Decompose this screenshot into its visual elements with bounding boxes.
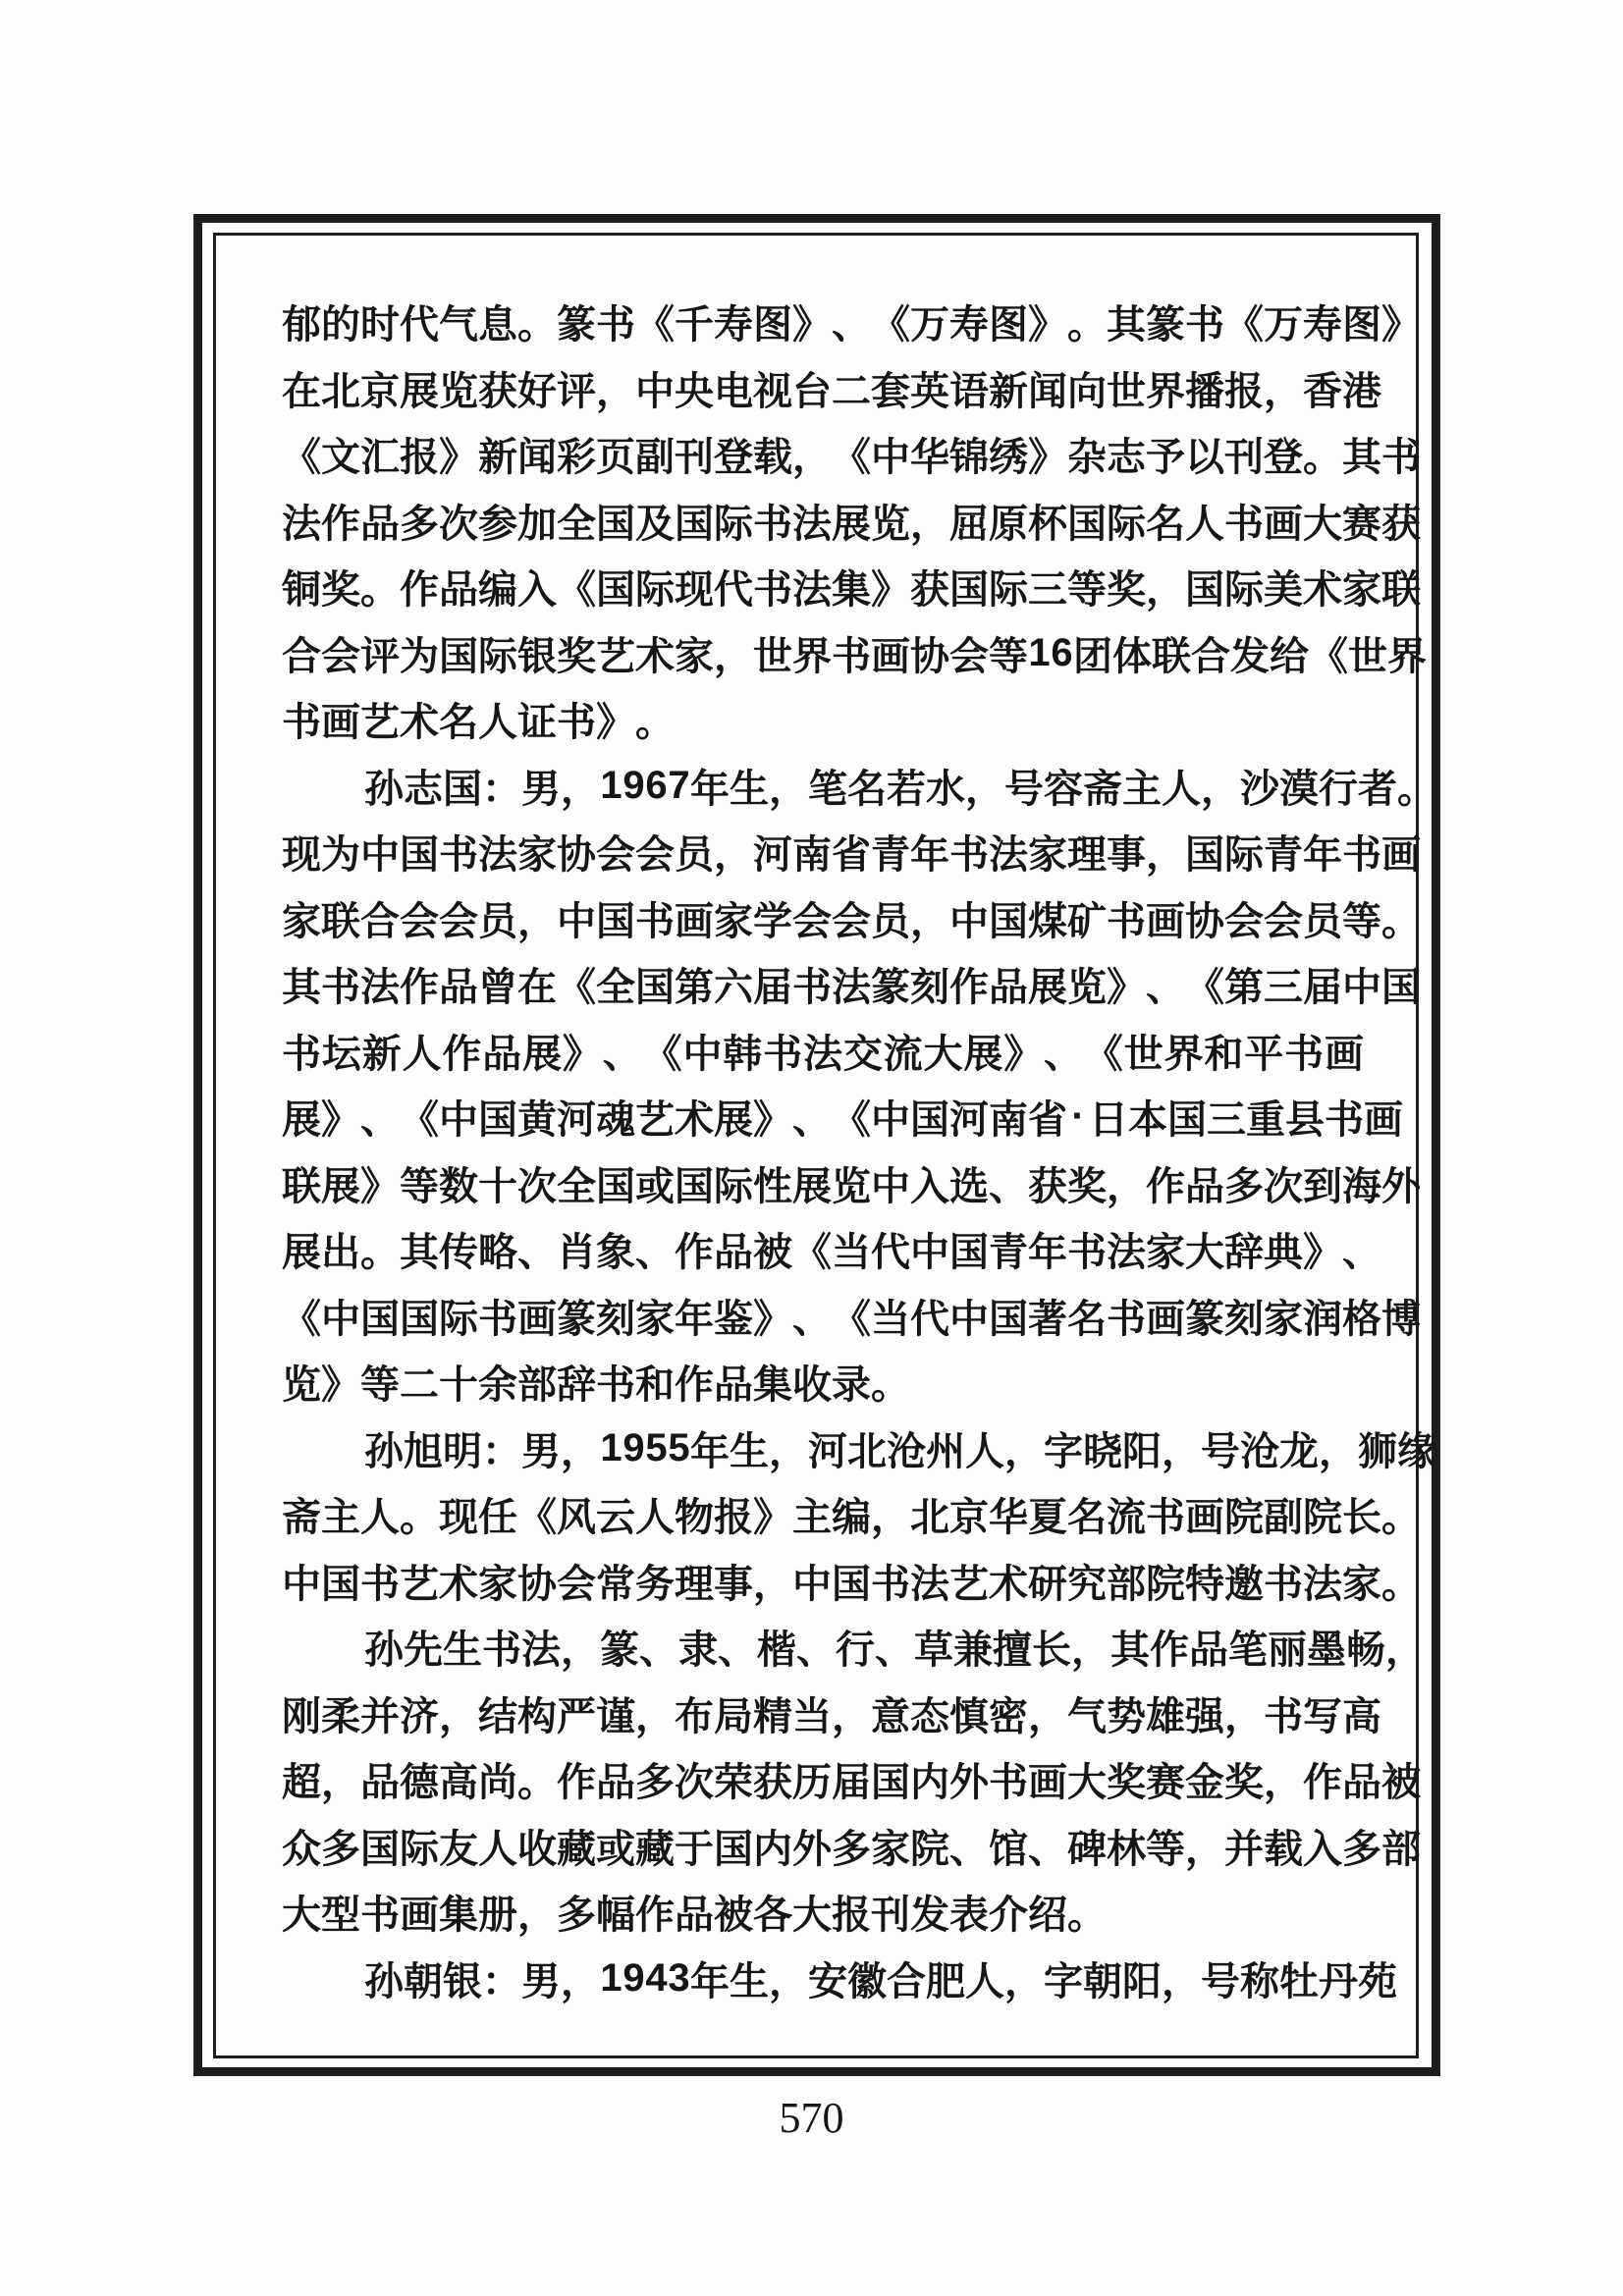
text-line: 中国书艺术家协会常务理事，中国书法艺术研究部院特邀书法家。 — [282, 1548, 1364, 1615]
outer-border-frame: 郁的时代气息。篆书《千寿图》、《万寿图》。其篆书《万寿图》在北京展览获好评，中央… — [193, 214, 1440, 2076]
text-line: 孙旭明：男，1955年生，河北沧州人，字晓阳，号沧龙，狮缘 — [282, 1415, 1364, 1482]
text-line: 超，品德高尚。作品多次荣获历届国内外书画大奖赛金奖，作品被 — [282, 1746, 1364, 1813]
page-number: 570 — [0, 2093, 1623, 2143]
text-line: 孙先生书法，篆、隶、楷、行、草兼擅长，其作品笔丽墨畅， — [282, 1614, 1364, 1681]
text-line: 览》等二十余部辞书和作品集收录。 — [282, 1349, 1364, 1415]
text-line: 法作品多次参加全国及国际书法展览，屈原杯国际名人书画大赛获 — [282, 488, 1364, 555]
text-line: 在北京展览获好评，中央电视台二套英语新闻向世界播报，香港 — [282, 355, 1364, 422]
text-line: 家联合会会员，中国书画家学会会员，中国煤矿书画协会会员等。 — [282, 885, 1364, 952]
text-line: 众多国际友人收藏或藏于国内外多家院、馆、碑林等，并载入多部 — [282, 1813, 1364, 1880]
text-line: 合会评为国际银奖艺术家，世界书画协会等16团体联合发给《世界 — [282, 620, 1364, 687]
text-block: 郁的时代气息。篆书《千寿图》、《万寿图》。其篆书《万寿图》在北京展览获好评，中央… — [282, 289, 1364, 2011]
inner-border-frame: 郁的时代气息。篆书《千寿图》、《万寿图》。其篆书《万寿图》在北京展览获好评，中央… — [213, 233, 1419, 2058]
text-line: 孙朝银：男，1943年生，安徽合肥人，字朝阳，号称牡丹苑 — [282, 1946, 1364, 2012]
text-line: 刚柔并济，结构严谨，布局精当，意态慎密，气势雄强，书写高 — [282, 1681, 1364, 1747]
text-line: 铜奖。作品编入《国际现代书法集》获国际三等奖，国际美术家联 — [282, 554, 1364, 620]
scanned-page: 郁的时代气息。篆书《千寿图》、《万寿图》。其篆书《万寿图》在北京展览获好评，中央… — [0, 0, 1623, 2296]
text-line: 《文汇报》新闻彩页副刊登载，《中华锦绣》杂志予以刊登。其书 — [282, 421, 1364, 488]
text-line: 书画艺术名人证书》。 — [282, 686, 1364, 753]
text-line: 展出。其传略、肖象、作品被《当代中国青年书法家大辞典》、 — [282, 1216, 1364, 1283]
text-line: 斋主人。现任《风云人物报》主编，北京华夏名流书画院副院长。 — [282, 1481, 1364, 1548]
text-line: 其书法作品曾在《全国第六届书法篆刻作品展览》、《第三届中国 — [282, 951, 1364, 1018]
text-line: 书坛新人作品展》、《中韩书法交流大展》、《世界和平书画 — [282, 1018, 1364, 1085]
text-line: 孙志国：男，1967年生，笔名若水，号容斋主人，沙漠行者。 — [282, 753, 1364, 820]
text-line: 《中国国际书画篆刻家年鉴》、《当代中国著名书画篆刻家润格博 — [282, 1283, 1364, 1350]
text-line: 现为中国书法家协会会员，河南省青年书法家理事，国际青年书画 — [282, 819, 1364, 885]
text-line: 展》、《中国黄河魂艺术展》、《中国河南省·日本国三重县书画 — [282, 1084, 1364, 1150]
text-line: 大型书画集册，多幅作品被各大报刊发表介绍。 — [282, 1879, 1364, 1946]
text-line: 联展》等数十次全国或国际性展览中入选、获奖，作品多次到海外 — [282, 1150, 1364, 1217]
text-line: 郁的时代气息。篆书《千寿图》、《万寿图》。其篆书《万寿图》 — [282, 289, 1364, 355]
